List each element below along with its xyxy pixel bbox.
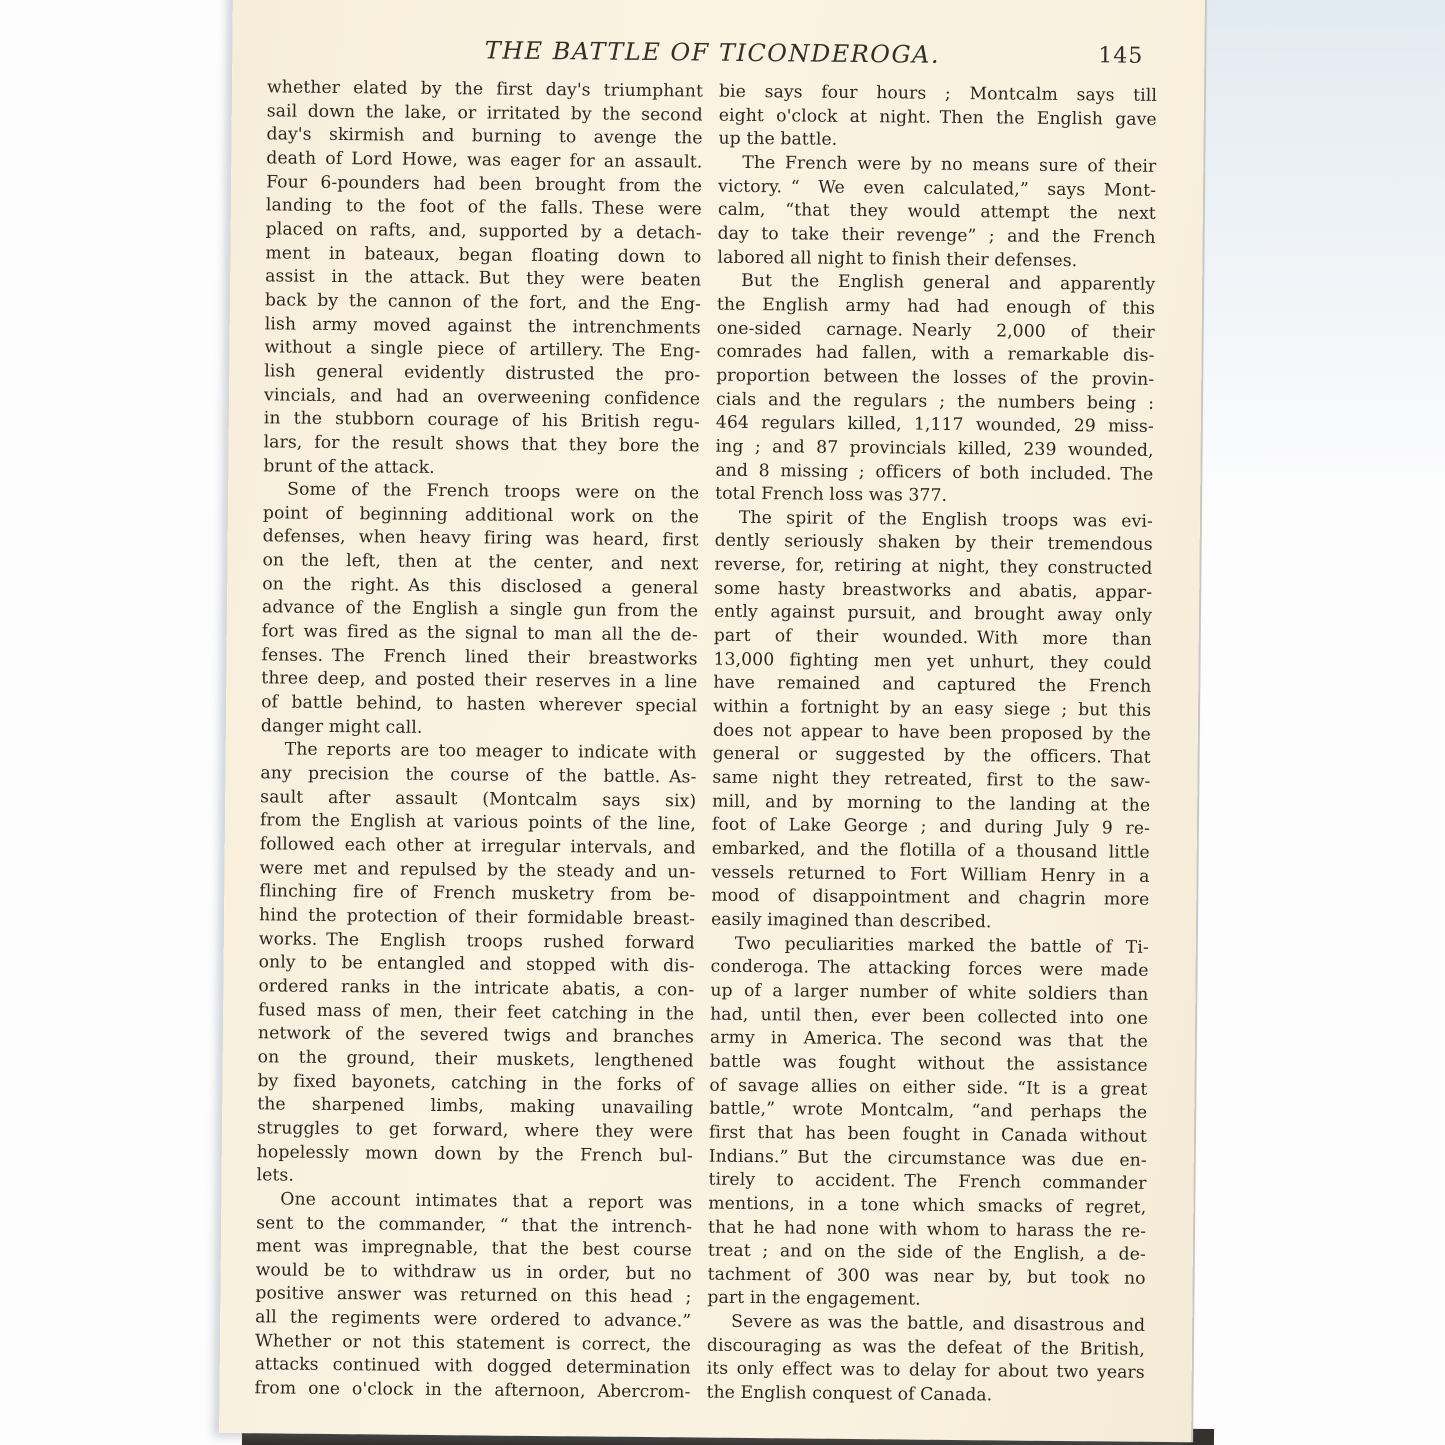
page-title: THE BATTLE OF TICONDEROGA. [267,34,1157,71]
paragraph: But the English general and apparentlyth… [715,270,1155,511]
text-line: ordered ranks in the intricate abatis, a… [258,975,694,1003]
page-number: 145 [1098,43,1143,68]
paragraph: bie says four hours ; Montcalm says till… [718,81,1157,156]
paragraph: Severe as was the battle, and disastrous… [706,1311,1145,1410]
text-line: ing ; and 87 provincials killed, 239 wou… [715,435,1153,463]
text-line: on the ground, their muskets, lengthened [258,1046,694,1074]
text-line: hopelessly mown down by the French bul- [257,1141,693,1169]
text-line: back by the cannon of the fort, and the … [265,289,701,317]
paragraph: whether elated by the first day's triump… [263,76,703,482]
text-line: lish general evidently distrusted the pr… [264,360,700,388]
page-inner: THE BATTLE OF TICONDEROGA. 145 whether e… [219,0,1205,1442]
text-columns: whether elated by the first day's triump… [254,76,1157,1409]
text-line: the English conquest of Canada. [706,1382,1144,1410]
text-line: lars, for the result shows that they bor… [264,431,700,459]
text-line: the English army had had enough of this [717,294,1155,322]
text-line: mentions, in a tone which smacks of regr… [708,1192,1146,1220]
text-line: placed on rafts, and, supported by a det… [266,218,702,246]
paragraph: The reports are too meager to indicate w… [256,739,696,1193]
text-line: up of a larger number of white soldiers … [710,980,1148,1008]
book-page: THE BATTLE OF TICONDEROGA. 145 whether e… [219,0,1205,1442]
text-line: from one o'clock in the afternoon, Aberc… [254,1377,690,1405]
paragraph: Two peculiarities marked the battle of T… [707,932,1149,1315]
text-line: proportion between the losses of the pro… [716,365,1154,393]
paragraph: One account intimates that a report wass… [254,1188,692,1405]
paragraph: The French were by no means sure of thei… [717,152,1156,274]
paragraph: Some of the French troops were on thepoi… [261,478,699,742]
text-line: struggles to get forward, where they wer… [257,1117,693,1145]
text-column-right: bie says four hours ; Montcalm says till… [706,81,1157,1410]
backdrop-right-tint [1195,0,1445,520]
text-line: battle was fought without the assistance [710,1051,1148,1079]
paragraph: The spirit of the English troops was evi… [711,506,1153,936]
photo-backdrop: THE BATTLE OF TICONDEROGA. 145 whether e… [0,0,1445,1445]
text-line: first that has been fought in Canada wit… [709,1121,1147,1149]
page-header: THE BATTLE OF TICONDEROGA. 145 [267,34,1157,77]
text-line: One account intimates that a report was [256,1188,692,1216]
text-column-left: whether elated by the first day's triump… [254,76,703,1405]
